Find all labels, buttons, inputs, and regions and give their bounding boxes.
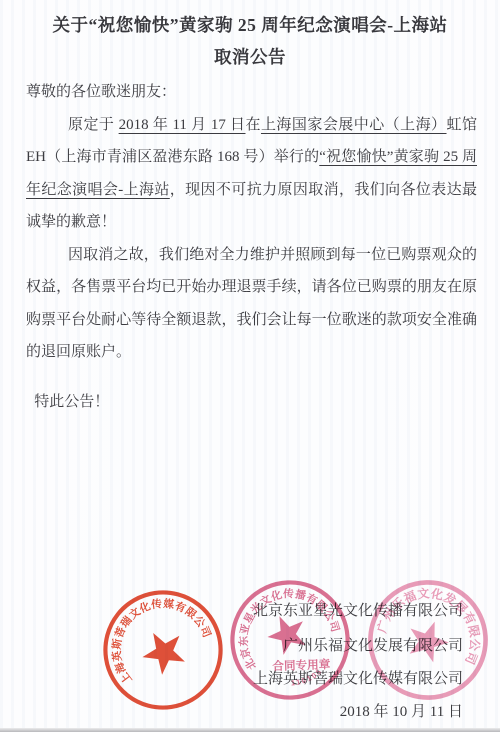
- company-seal-beijing-contract: 北京东亚星光文化传播有限公司 合同专用章 110105: [204, 554, 376, 726]
- signature-date: 2018 年 10 月 11 日: [340, 702, 463, 722]
- signature-company-3: 上海英斯菩瑞文化传媒有限公司: [253, 669, 463, 689]
- paragraph-1: 原定于 2018 年 11 月 17 日在上海国家会展中心（上海）虹馆 EH（上…: [26, 109, 477, 239]
- paragraph-2: 因取消之故，我们绝对全力维护并照顾到每一位已购票观众的权益，各售票平台均已开始办…: [26, 239, 477, 369]
- seal-company-arc-text: 上海英斯菩瑞文化传媒有限公司: [91, 577, 215, 687]
- svg-text:上海英斯菩瑞文化传媒有限公司: 上海英斯菩瑞文化传媒有限公司: [91, 577, 215, 687]
- seal-company-arc-text: 广州乐福文化发展有限公司: [373, 570, 497, 667]
- document-title-line1: 关于“祝您愉快”黄家驹 25 周年纪念演唱会-上海站: [20, 9, 480, 41]
- para1-underlined-date: 2018 年 11 月 17 日: [119, 117, 246, 133]
- star-icon: [262, 608, 312, 658]
- company-seal-shanghai-yingsipurui: 上海英斯菩瑞文化传媒有限公司: [74, 561, 252, 732]
- seal-contract-label: 合同专用章: [272, 657, 331, 673]
- seal-ring: [214, 564, 366, 716]
- seal-serial-number: 110105: [288, 665, 326, 691]
- svg-text:110105: 110105: [288, 665, 326, 691]
- seal-ring: [354, 566, 500, 714]
- document-title: 关于“祝您愉快”黄家驹 25 周年纪念演唱会-上海站 取消公告: [20, 9, 480, 73]
- seal-company-arc-text: 北京东亚星光文化传播有限公司: [220, 570, 343, 673]
- para1-text: 在: [246, 117, 261, 133]
- cancellation-announcement-document: 关于“祝您愉快”黄家驹 25 周年纪念演唱会-上海站 取消公告 尊敬的各位歌迷朋…: [0, 0, 500, 732]
- para1-underlined-venue: 上海国家会展中心（上海）: [261, 117, 447, 133]
- star-icon: [135, 622, 192, 679]
- salutation: 尊敬的各位歌迷朋友：: [26, 76, 477, 109]
- signature-company-1: 北京东亚星光文化传播有限公司: [253, 601, 463, 621]
- seal-ring: [84, 571, 241, 728]
- closing-statement: 特此公告！: [26, 386, 477, 419]
- company-seal-guangzhou-lefu: 广州乐福文化发展有限公司: [345, 557, 500, 724]
- svg-text:广州乐福文化发展有限公司: 广州乐福文化发展有限公司: [373, 570, 497, 667]
- star-icon: [402, 615, 454, 665]
- para1-text: 原定于: [68, 117, 119, 133]
- document-body: 尊敬的各位歌迷朋友： 原定于 2018 年 11 月 17 日在上海国家会展中心…: [26, 76, 477, 418]
- signature-company-2: 广州乐福文化发展有限公司: [283, 636, 463, 656]
- document-title-line2: 取消公告: [20, 41, 480, 73]
- svg-text:北京东亚星光文化传播有限公司: 北京东亚星光文化传播有限公司: [220, 570, 343, 673]
